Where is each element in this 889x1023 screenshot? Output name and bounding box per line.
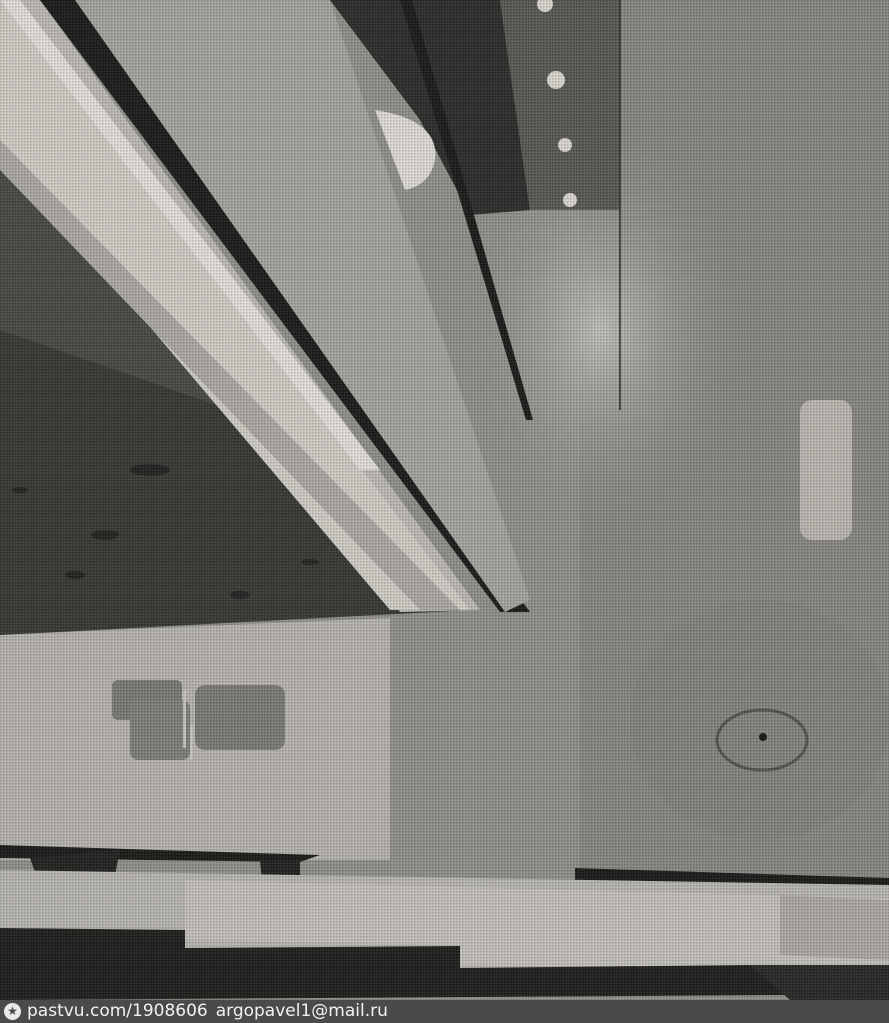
- photograph: [0, 0, 889, 1000]
- photo-stage: ★ pastvu.com/1908606 argopavel1@mail.ru: [0, 0, 889, 1023]
- star-icon: ★: [4, 1003, 21, 1020]
- watermark-author: argopavel1@mail.ru: [216, 1000, 388, 1023]
- watermark-site[interactable]: pastvu.com/1908606: [27, 1000, 208, 1023]
- watermark-bar: ★ pastvu.com/1908606 argopavel1@mail.ru: [0, 1000, 889, 1023]
